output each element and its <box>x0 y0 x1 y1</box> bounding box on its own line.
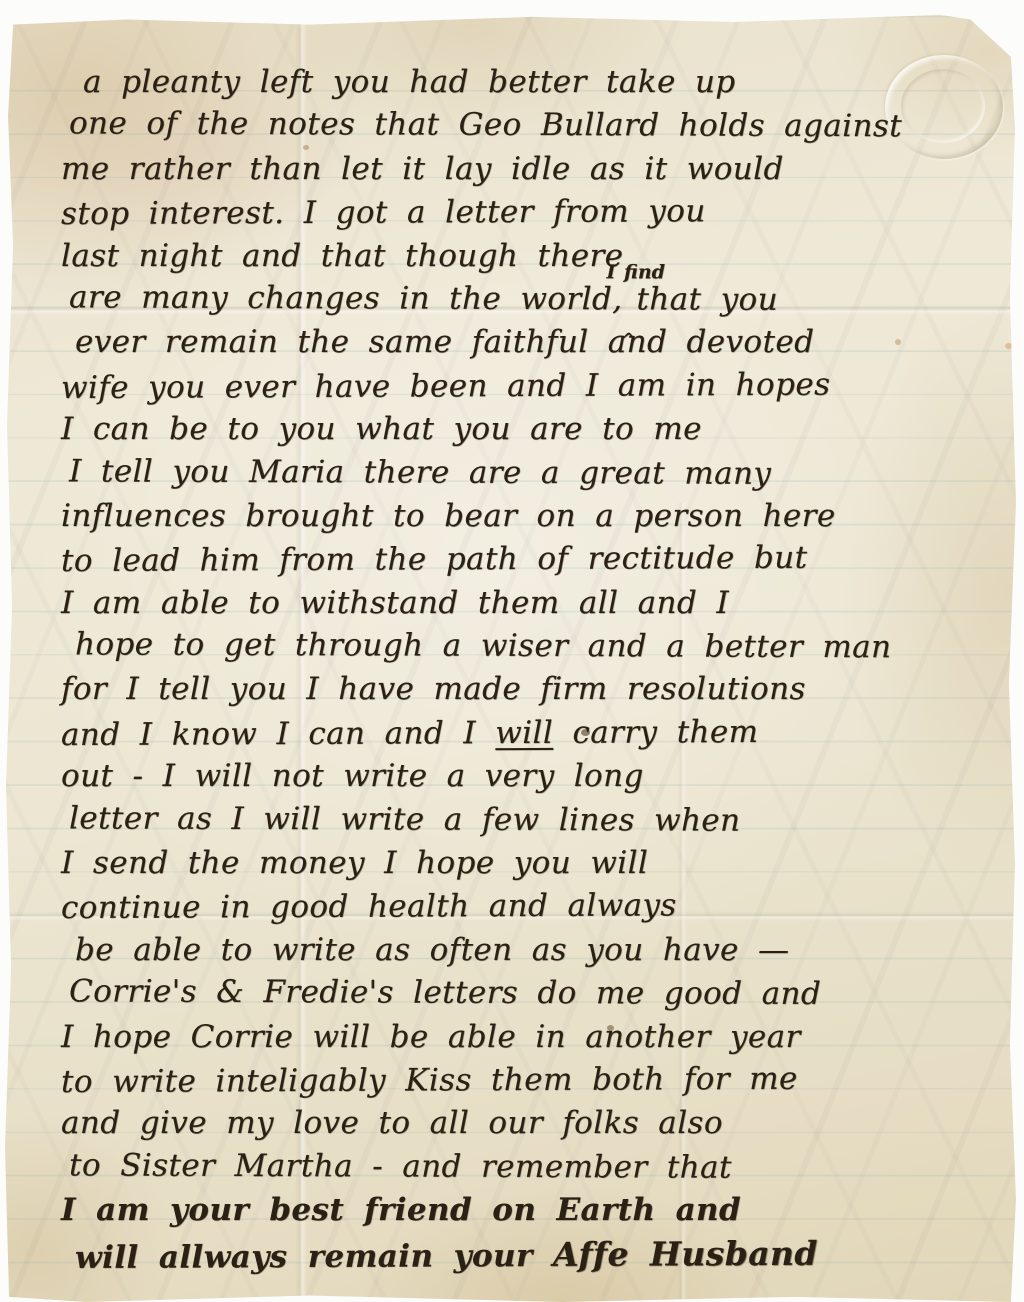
letter-line: I can be to you what you are to me <box>61 408 1002 451</box>
letter-line: a pleanty left you had better take up <box>83 61 1002 104</box>
letter-line: to lead him from the path of rectitude b… <box>61 536 1002 583</box>
letter-line: I hope Corrie will be able in another ye… <box>61 1016 1002 1059</box>
letter-closing-line: will allways remain your Affe Husband <box>75 1231 1002 1278</box>
letter-line: I tell you Maria there are a great many <box>69 450 1002 497</box>
foxing-spot <box>1005 343 1013 349</box>
letter-line: I send the money I hope you will <box>61 842 1002 885</box>
caret-mark: ^ <box>620 330 637 350</box>
letter-line: me rather than let it lay idle as it wou… <box>61 148 1002 191</box>
letter-line: stop interest. I got a letter from you <box>61 189 1002 236</box>
letter-line: for I tell you I have made firm resoluti… <box>61 668 1002 711</box>
letter-line: continue in good health and always <box>61 883 1002 930</box>
letter-line: and give my love to all our folks also <box>61 1102 1002 1145</box>
letter-line: I am your best friend on Earth and <box>61 1189 1002 1232</box>
letter-line: one of the notes that Geo Bullard holds … <box>69 103 1002 150</box>
letter-line: Corrie's & Fredie's letters do me good a… <box>69 971 1002 1018</box>
letter-line-with-insertion: are many changes in the world,I find^tha… <box>69 276 1002 323</box>
letter-line: letter as I will write a few lines when <box>69 797 1002 844</box>
letter-line-with-underline: and I know I can and I will carry them <box>61 710 1002 757</box>
letter-line: last night and that though there <box>61 235 1002 278</box>
inserted-text: I find <box>606 263 664 282</box>
letter-page: a pleanty left you had better take up on… <box>5 13 1018 1302</box>
underlined-word: will <box>495 715 553 751</box>
letter-line: out - I will not write a very long <box>61 755 1002 798</box>
letter-line: influences brought to bear on a person h… <box>61 495 1002 538</box>
letter-line: ever remain the same faithful and devote… <box>75 321 1002 364</box>
line-text-before: will allways remain your <box>75 1237 553 1275</box>
letter-text: a pleanty left you had better take up on… <box>61 61 1002 1276</box>
letter-line: I am able to withstand them all and I <box>61 582 1002 625</box>
letter-line: to write inteligably Kiss them both for … <box>61 1057 1002 1104</box>
letter-line: wife you ever have been and I am in hope… <box>61 363 1002 410</box>
line-text-after: carry them <box>553 714 758 751</box>
line-text-before: are many changes in the world, <box>69 279 623 317</box>
letter-line: to Sister Martha - and remember that <box>69 1144 1002 1191</box>
line-text-before: and I know I can and I <box>61 715 495 753</box>
letter-line: be able to write as often as you have — <box>75 929 1002 972</box>
scanned-letter-image: a pleanty left you had better take up on… <box>0 0 1024 1302</box>
line-text-after: that you <box>636 281 778 317</box>
letter-line: hope to get through a wiser and a better… <box>75 623 1002 670</box>
signature-text: Affe Husband <box>553 1233 818 1273</box>
